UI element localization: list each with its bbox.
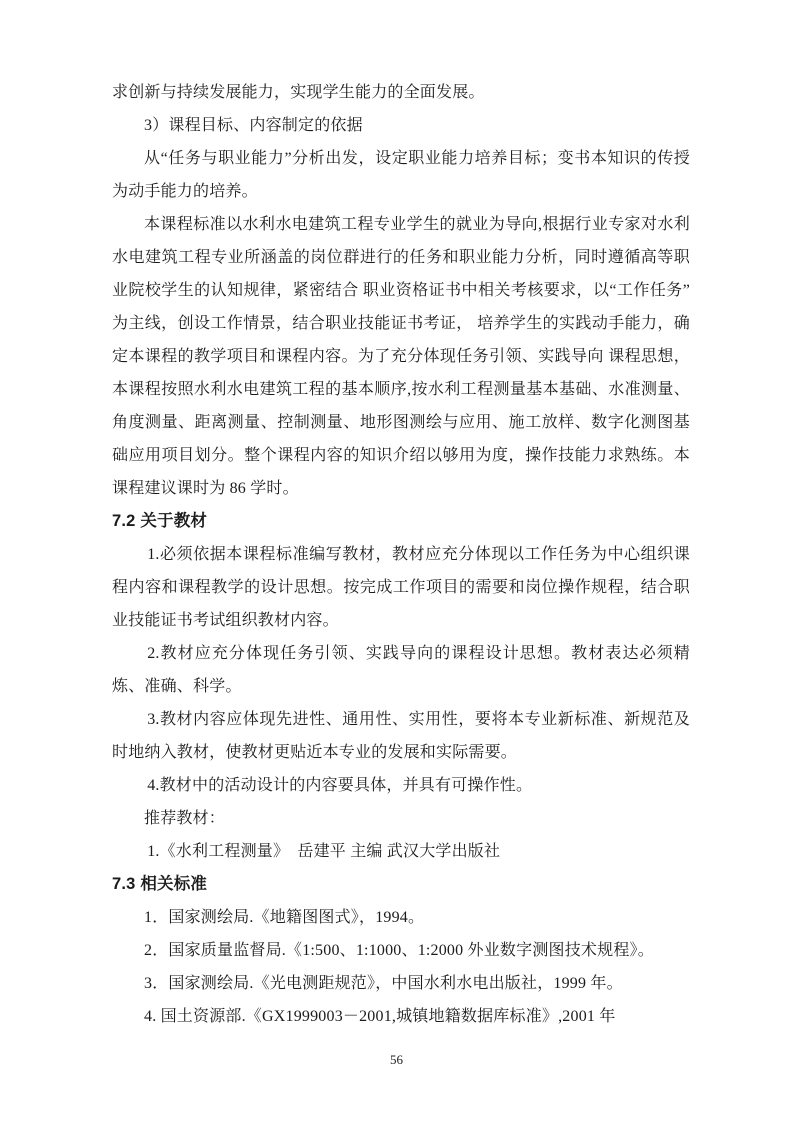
related-standard-1: 1．国家测绘局.《地籍图图式》，1994。: [112, 901, 690, 934]
textbook-requirement-3: 3.教材内容应体现先进性、通用性、实用性，要将本专业新标准、新规范及时地纳入教材…: [112, 703, 690, 769]
section-heading-7-3: 7.3 相关标准: [112, 868, 690, 901]
section-heading-7-2: 7.2 关于教材: [112, 505, 690, 538]
document-page: 求创新与持续发展能力，实现学生能力的全面发展。 3）课程目标、内容制定的依据 从…: [0, 0, 793, 1122]
paragraph-development-ability: 求创新与持续发展能力，实现学生能力的全面发展。: [112, 76, 690, 109]
recommended-textbooks-label: 推荐教材：: [112, 802, 690, 835]
related-standard-3: 3．国家测绘局.《光电测距规范》，中国水利水电出版社，1999 年。: [112, 967, 690, 1000]
paragraph-course-standard: 本课程标准以水利水电建筑工程专业学生的就业为导向,根据行业专家对水利水电建筑工程…: [112, 208, 690, 505]
paragraph-item3-body: 从“任务与职业能力”分析出发，设定职业能力培养目标；变书本知识的传授为动手能力的…: [112, 142, 690, 208]
page-number: 56: [0, 1050, 793, 1070]
textbook-requirement-2: 2.教材应充分体现任务引领、实践导向的课程设计思想。教材表达必须精炼、准确、科学…: [112, 637, 690, 703]
recommended-textbook-entry: 1.《水利工程测量》 岳建平 主编 武汉大学出版社: [112, 835, 690, 868]
related-standard-4: 4. 国土资源部.《GX1999003－2001,城镇地籍数据库标准》,2001…: [112, 1000, 690, 1033]
textbook-requirement-1: 1.必须依据本课程标准编写教材，教材应充分体现以工作任务为中心组织课程内容和课程…: [112, 538, 690, 637]
document-content: 求创新与持续发展能力，实现学生能力的全面发展。 3）课程目标、内容制定的依据 从…: [112, 76, 690, 1033]
textbook-requirement-4: 4.教材中的活动设计的内容要具体，并具有可操作性。: [112, 769, 690, 802]
paragraph-item3-title: 3）课程目标、内容制定的依据: [112, 109, 690, 142]
related-standard-2: 2．国家质量监督局.《1:500、1:1000、1:2000 外业数字测图技术规…: [112, 934, 690, 967]
